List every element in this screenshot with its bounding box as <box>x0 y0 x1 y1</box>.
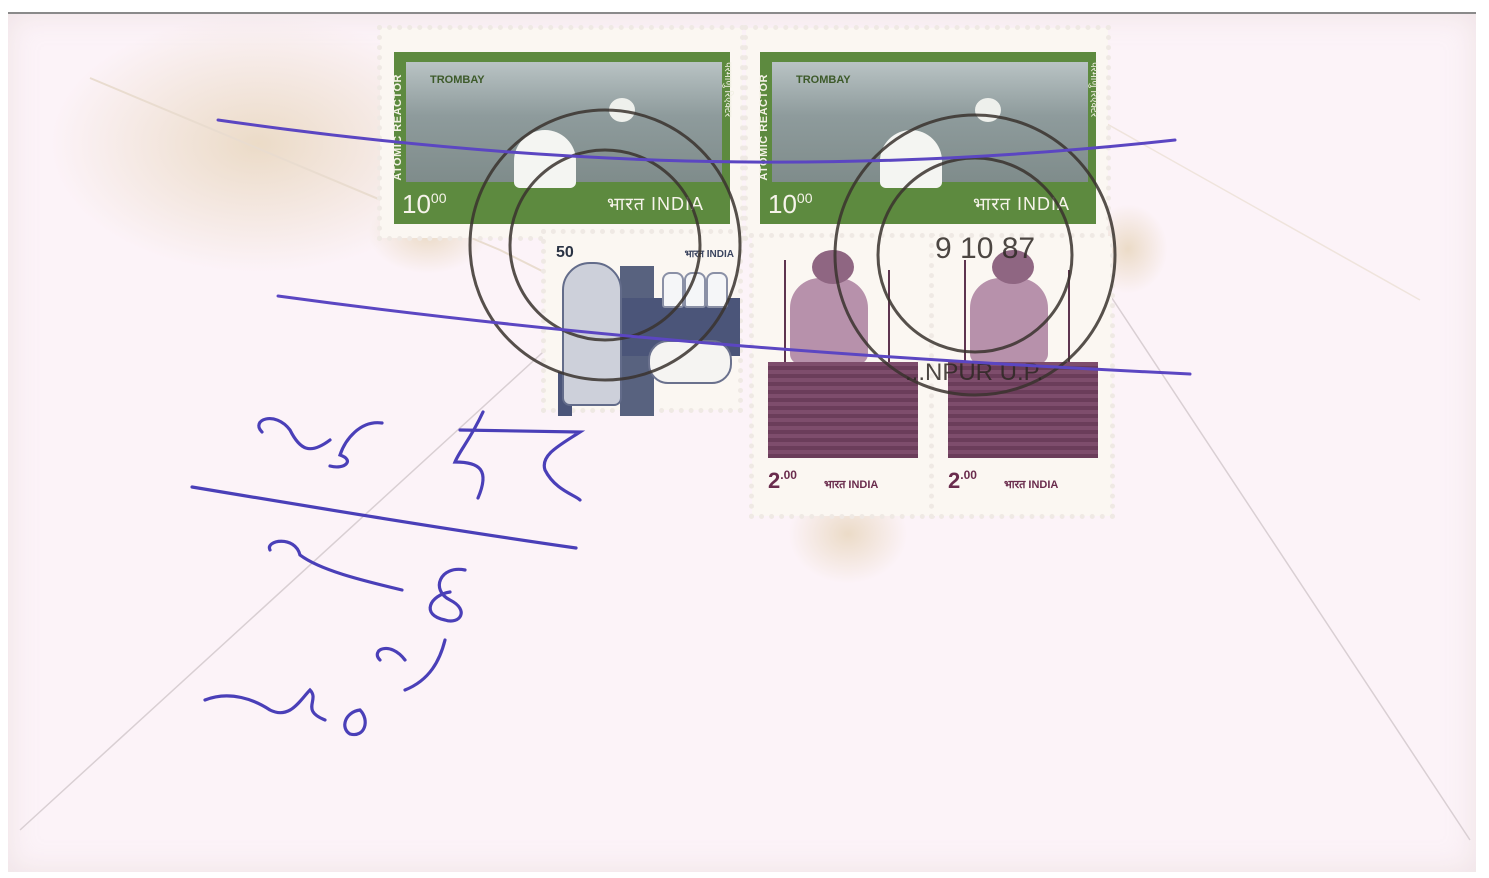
stamp-value: 1000 <box>402 189 447 220</box>
stamp-title: ATOMIC REACTOR <box>392 74 404 181</box>
stamp-value: 2.00 <box>948 468 977 494</box>
reactor-illustration: TROMBAY <box>406 62 722 182</box>
stamp-subtitle: TROMBAY <box>796 74 851 86</box>
bottle <box>706 272 728 308</box>
stamp-atomic-reactor-1: TROMBAY ATOMIC REACTOR परमाणु रिएक्टर 10… <box>380 28 742 238</box>
value-sup: 00 <box>797 190 813 206</box>
value-main: 2 <box>948 468 960 493</box>
stamp-hindi-caption: परमाणु रिएक्टर <box>720 62 734 117</box>
value-main: 10 <box>768 189 797 219</box>
reactor-dome-small <box>609 98 635 122</box>
stamp-value: 2.00 <box>768 468 797 494</box>
value-sup: .00 <box>960 468 977 482</box>
stamp-atomic-reactor-2: TROMBAY ATOMIC REACTOR परमाणु रिएक्टर 10… <box>746 28 1108 238</box>
value-sup: .00 <box>780 468 797 482</box>
envelope-flap-folds <box>0 0 1489 878</box>
stamp-country: भारत INDIA <box>1004 477 1058 492</box>
stamp-country: भारत INDIA <box>685 246 734 260</box>
weaver-body <box>790 278 868 364</box>
weaver-illustration <box>768 250 918 458</box>
stamp-country: भारत INDIA <box>607 192 704 216</box>
weaver-turban <box>992 250 1034 284</box>
reactor-dome <box>880 130 942 188</box>
value-sup: 00 <box>431 190 447 206</box>
value-main: 2 <box>768 468 780 493</box>
reactor-dome-small <box>975 98 1001 122</box>
stamp-title: ATOMIC REACTOR <box>758 74 770 181</box>
weaver-illustration <box>948 250 1098 458</box>
stamp-dairy: 50 भारत INDIA <box>544 232 740 410</box>
stamp-frame: TROMBAY ATOMIC REACTOR परमाणु रिएक्टर 10… <box>760 52 1096 224</box>
bottle <box>684 272 706 308</box>
loom <box>948 362 1098 458</box>
stamp-country: भारत INDIA <box>973 192 1070 216</box>
bottle <box>662 272 684 308</box>
stamp-value: 1000 <box>768 189 813 220</box>
weaver-turban <box>812 250 854 284</box>
stamp-value: 50 <box>556 244 574 262</box>
milkmaid-figure <box>562 262 622 406</box>
stamp-subtitle: TROMBAY <box>430 74 485 86</box>
weaver-body <box>970 278 1048 364</box>
reactor-dome <box>514 130 576 188</box>
stamp-hindi-caption: परमाणु रिएक्टर <box>1086 62 1100 117</box>
stamp-frame: TROMBAY ATOMIC REACTOR परमाणु रिएक्टर 10… <box>394 52 730 224</box>
stamp-weaver-2: 2.00 भारत INDIA <box>932 236 1112 516</box>
value-main: 10 <box>402 189 431 219</box>
loom <box>768 362 918 458</box>
reactor-illustration: TROMBAY <box>772 62 1088 182</box>
stamp-weaver-1: 2.00 भारत INDIA <box>752 236 932 516</box>
stamp-country: भारत INDIA <box>824 477 878 492</box>
cow-figure <box>648 340 732 384</box>
